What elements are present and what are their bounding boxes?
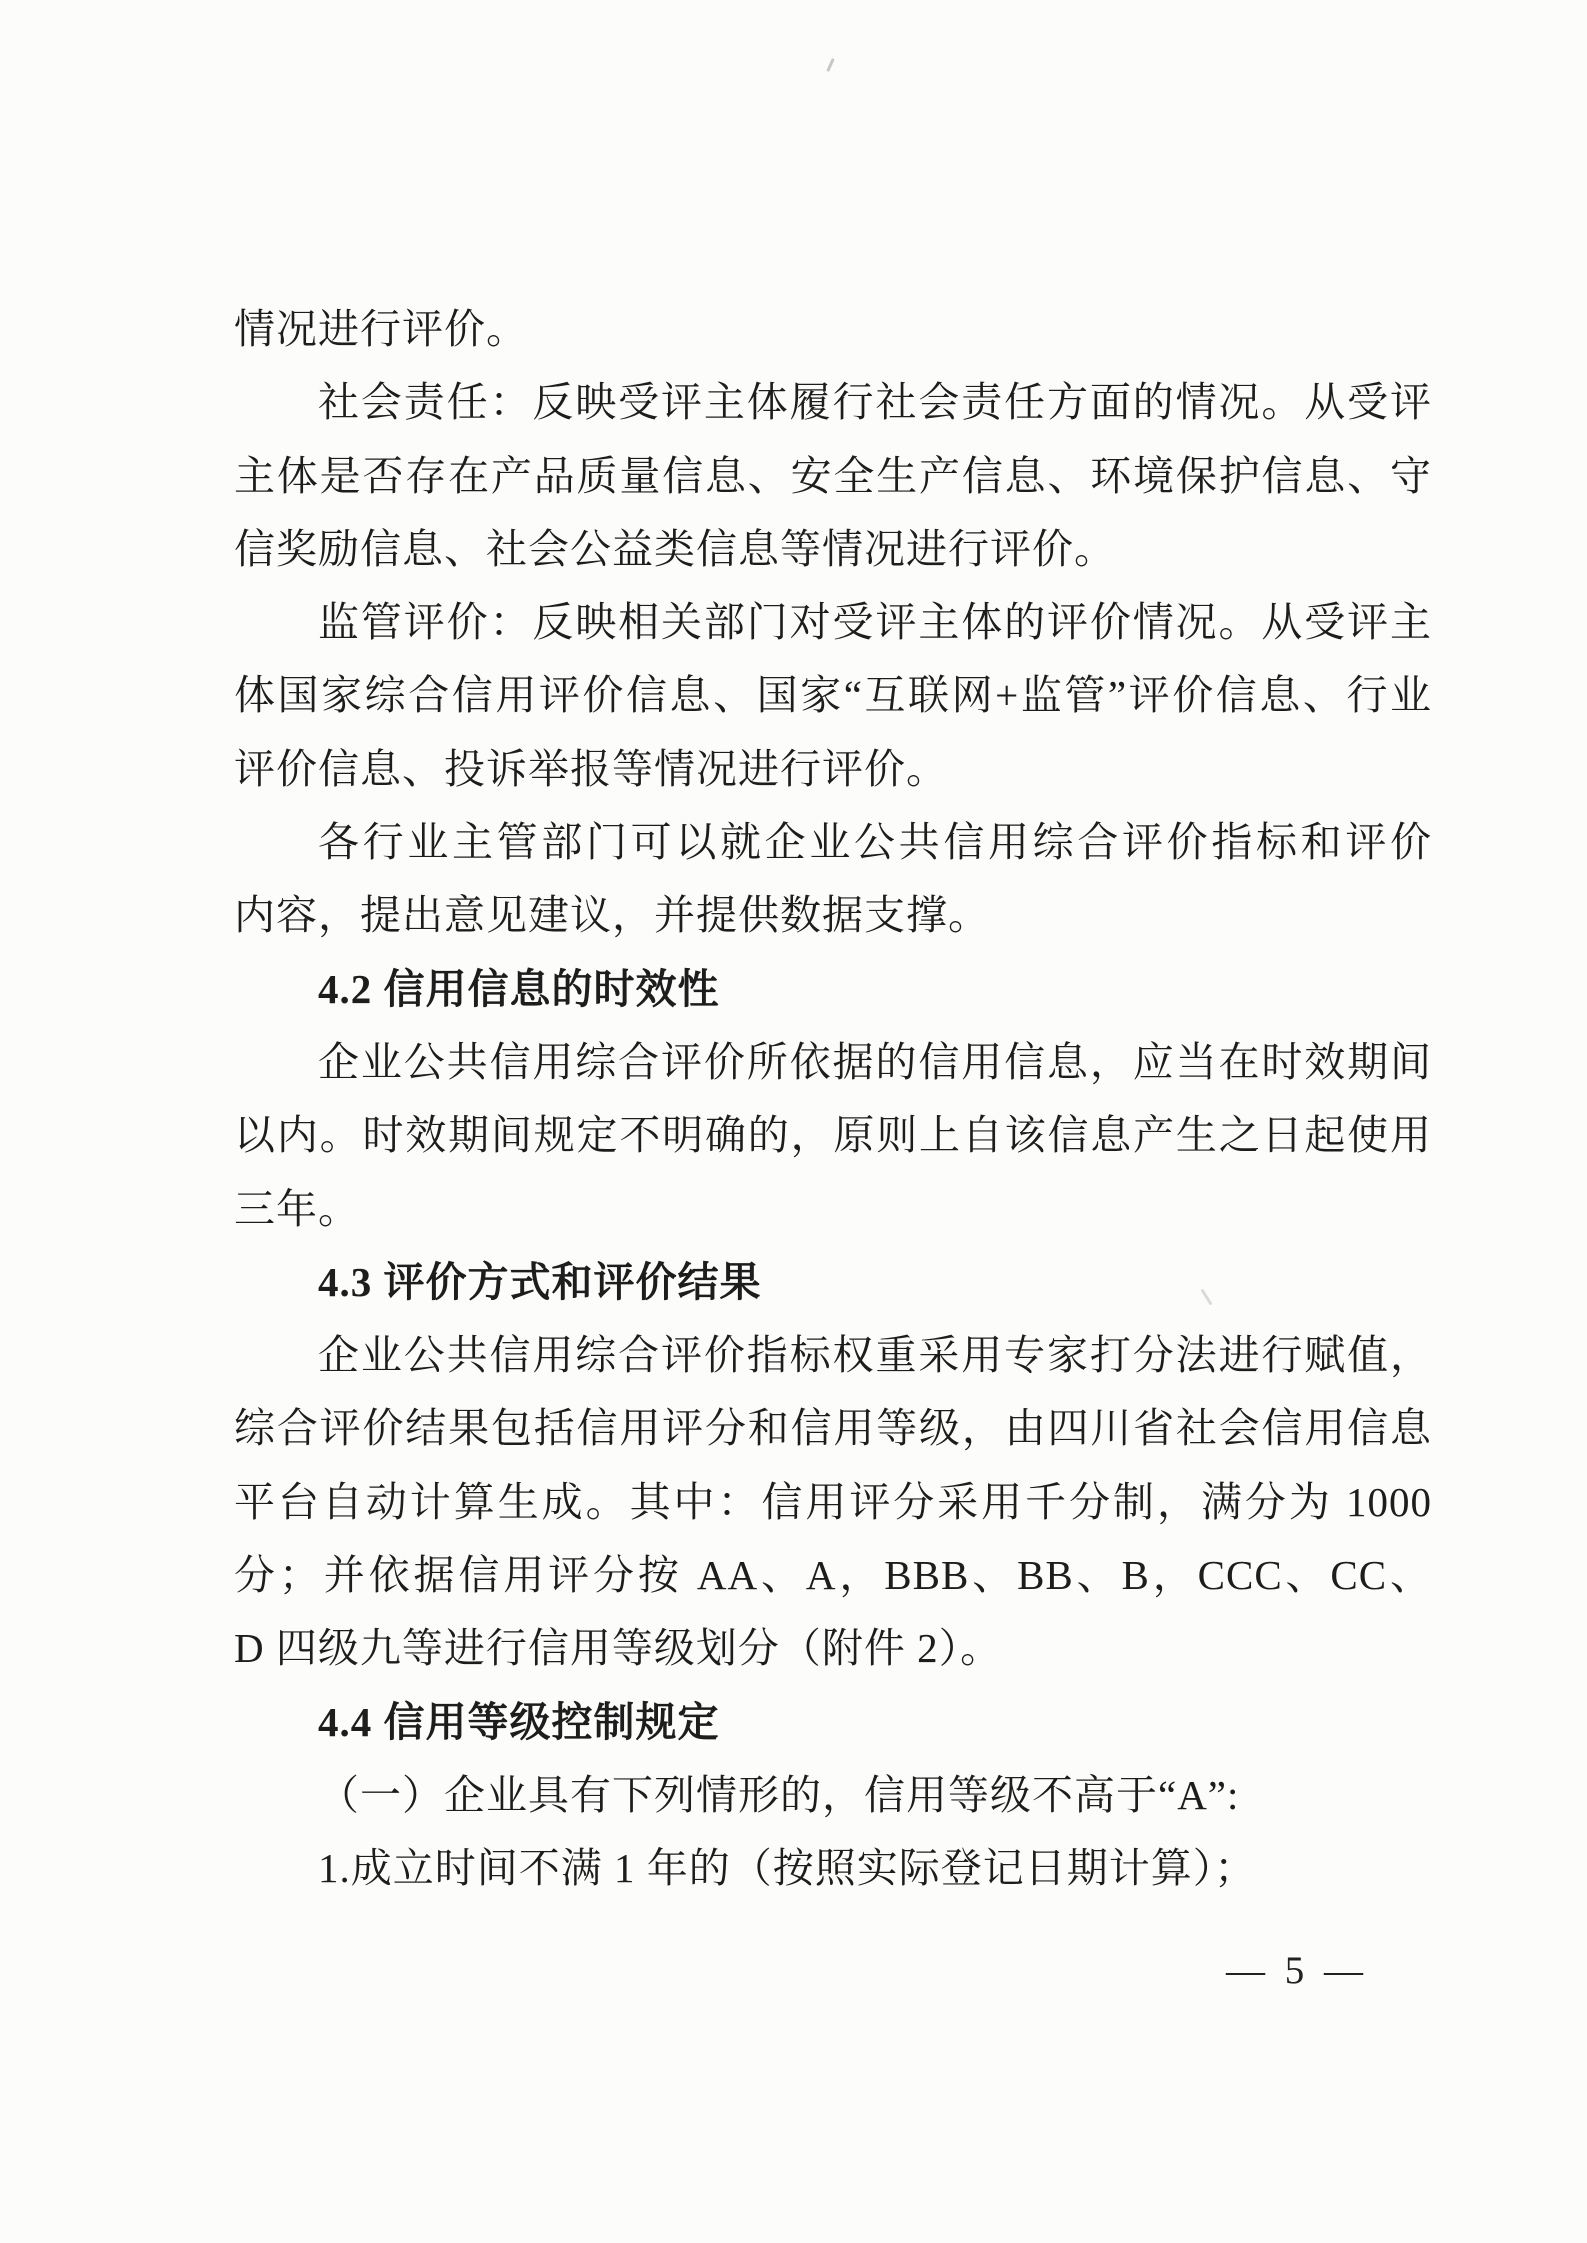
scan-artifact: [826, 58, 834, 72]
page-number: — 5 —: [1226, 1948, 1368, 1993]
text-line: 社会责任：反映受评主体履行社会责任方面的情况。从受评: [234, 366, 1432, 439]
text-line: 以内。时效期间规定不明确的，原则上自该信息产生之日起使用: [234, 1099, 1432, 1172]
section-heading: 4.4 信用等级控制规定: [234, 1686, 1432, 1759]
document-body: 情况进行评价。 社会责任：反映受评主体履行社会责任方面的情况。从受评 主体是否存…: [234, 293, 1432, 1906]
text-line: 企业公共信用综合评价所依据的信用信息，应当在时效期间: [234, 1026, 1432, 1099]
text-line: D 四级九等进行信用等级划分（附件 2）。: [234, 1612, 1432, 1685]
text-line: 企业公共信用综合评价指标权重采用专家打分法进行赋值，: [234, 1319, 1432, 1392]
section-heading: 4.2 信用信息的时效性: [234, 953, 1432, 1026]
text-line: 评价信息、投诉举报等情况进行评价。: [234, 733, 1432, 806]
text-line: 平台自动计算生成。其中：信用评分采用千分制，满分为 1000: [234, 1466, 1432, 1539]
text-line: （一）企业具有下列情形的，信用等级不高于“A”:: [234, 1759, 1432, 1832]
text-line: 体国家综合信用评价信息、国家“互联网+监管”评价信息、行业: [234, 659, 1432, 732]
text-line: 分；并依据信用评分按 AA、A，BBB、BB、B，CCC、CC、C，: [234, 1539, 1432, 1612]
text-line: 监管评价：反映相关部门对受评主体的评价情况。从受评主: [234, 586, 1432, 659]
text-line: 主体是否存在产品质量信息、安全生产信息、环境保护信息、守: [234, 440, 1432, 513]
text-line: 三年。: [234, 1173, 1432, 1246]
text-line: 综合评价结果包括信用评分和信用等级，由四川省社会信用信息: [234, 1392, 1432, 1465]
text-line: 1.成立时间不满 1 年的（按照实际登记日期计算）；: [234, 1832, 1432, 1905]
text-line: 信奖励信息、社会公益类信息等情况进行评价。: [234, 513, 1432, 586]
text-line: 内容，提出意见建议，并提供数据支撑。: [234, 879, 1432, 952]
text-line: 情况进行评价。: [234, 293, 1432, 366]
text-line: 各行业主管部门可以就企业公共信用综合评价指标和评价: [234, 806, 1432, 879]
document-page: 情况进行评价。 社会责任：反映受评主体履行社会责任方面的情况。从受评 主体是否存…: [0, 0, 1587, 2243]
section-heading: 4.3 评价方式和评价结果: [234, 1246, 1432, 1319]
